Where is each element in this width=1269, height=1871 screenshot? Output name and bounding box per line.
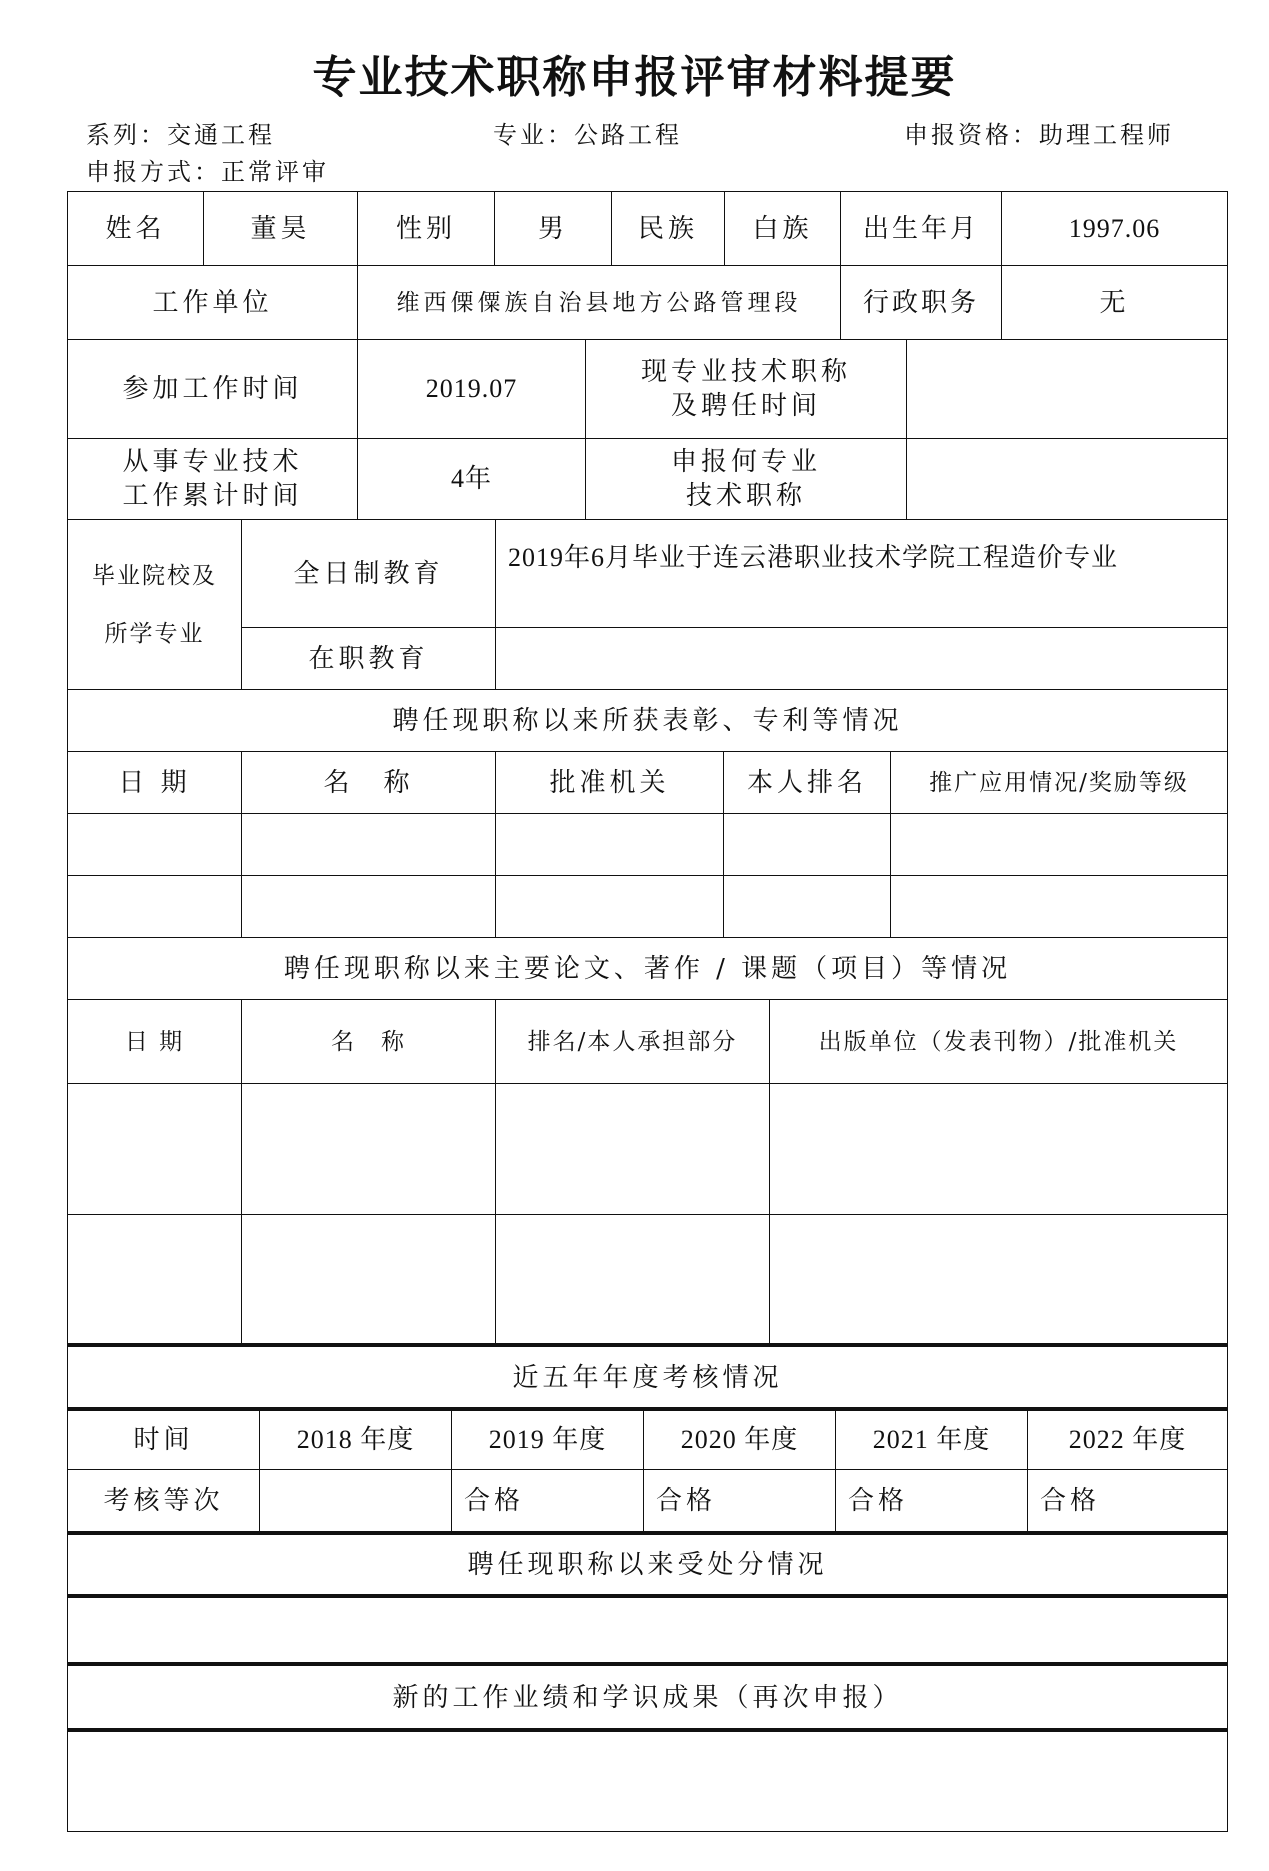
ethnicity-value[interactable]: 白族 bbox=[724, 191, 841, 266]
assessment-time-label: 时间 bbox=[67, 1407, 260, 1470]
series-label: 系列：交通工程 bbox=[86, 120, 275, 150]
assessment-grade-2019[interactable]: 合格 bbox=[451, 1469, 644, 1533]
fulltime-education-value[interactable]: 2019年6月毕业于连云港职业技术学院工程造价专业 bbox=[495, 519, 1228, 628]
papers-row-2-publisher[interactable] bbox=[769, 1214, 1228, 1345]
papers-row-1-date[interactable] bbox=[67, 1083, 242, 1215]
assessment-year-2018: 2018 年度 bbox=[259, 1407, 452, 1470]
education-label-line1: 毕业院校及 bbox=[92, 547, 217, 605]
tech-years-value[interactable]: 4年 bbox=[357, 438, 586, 520]
current-title-label-line2: 及聘任时间 bbox=[671, 389, 821, 423]
awards-col-application: 推广应用情况/奖励等级 bbox=[890, 751, 1228, 814]
awards-row-2-rank[interactable] bbox=[723, 875, 891, 938]
gender-value[interactable]: 男 bbox=[494, 191, 612, 266]
awards-row-1-date[interactable] bbox=[67, 813, 242, 876]
tech-years-label: 从事专业技术 工作累计时间 bbox=[67, 438, 358, 520]
awards-row-1-application[interactable] bbox=[890, 813, 1228, 876]
name-label: 姓名 bbox=[67, 191, 204, 266]
assessment-grade-2021[interactable]: 合格 bbox=[835, 1469, 1028, 1533]
admin-post-value[interactable]: 无 bbox=[1001, 265, 1228, 340]
education-label: 毕业院校及 所学专业 bbox=[67, 519, 242, 690]
tech-years-label-line2: 工作累计时间 bbox=[122, 479, 302, 513]
birth-value[interactable]: 1997.06 bbox=[1001, 191, 1228, 266]
tech-years-label-line1: 从事专业技术 bbox=[122, 445, 302, 479]
awards-row-2-authority[interactable] bbox=[495, 875, 724, 938]
assessment-year-2022: 2022 年度 bbox=[1027, 1407, 1228, 1470]
awards-row-1-authority[interactable] bbox=[495, 813, 724, 876]
fulltime-education-label: 全日制教育 bbox=[241, 519, 496, 628]
assessment-grade-2022[interactable]: 合格 bbox=[1027, 1469, 1228, 1533]
parttime-education-value[interactable] bbox=[495, 627, 1228, 690]
papers-col-rank: 排名/本人承担部分 bbox=[495, 999, 770, 1084]
assessment-year-2019: 2019 年度 bbox=[451, 1407, 644, 1470]
awards-row-1-rank[interactable] bbox=[723, 813, 891, 876]
major-label: 专业：公路工程 bbox=[493, 120, 682, 150]
awards-row-2-application[interactable] bbox=[890, 875, 1228, 938]
name-value[interactable]: 董昊 bbox=[203, 191, 358, 266]
awards-heading: 聘任现职称以来所获表彰、专利等情况 bbox=[67, 689, 1228, 752]
apply-title-label-line2: 技术职称 bbox=[686, 479, 806, 513]
assessment-grade-2020[interactable]: 合格 bbox=[643, 1469, 836, 1533]
admin-post-label: 行政职务 bbox=[840, 265, 1002, 340]
assessment-year-2021: 2021 年度 bbox=[835, 1407, 1028, 1470]
assessment-grade-2018[interactable] bbox=[259, 1469, 452, 1533]
papers-row-1-name[interactable] bbox=[241, 1083, 496, 1215]
punishment-heading: 聘任现职称以来受处分情况 bbox=[67, 1531, 1228, 1596]
papers-heading: 聘任现职称以来主要论文、著作 / 课题（项目）等情况 bbox=[67, 937, 1228, 1000]
papers-col-publisher: 出版单位（发表刊物）/批准机关 bbox=[769, 999, 1228, 1084]
work-start-label: 参加工作时间 bbox=[67, 339, 358, 439]
qualification-label: 申报资格：助理工程师 bbox=[904, 120, 1174, 150]
document-title: 专业技术职称申报评审材料提要 bbox=[0, 48, 1269, 108]
current-title-label-line1: 现专业技术职称 bbox=[641, 355, 851, 389]
papers-row-1-rank[interactable] bbox=[495, 1083, 770, 1215]
awards-row-2-name[interactable] bbox=[241, 875, 496, 938]
papers-col-name: 名 称 bbox=[241, 999, 496, 1084]
gender-label: 性别 bbox=[357, 191, 495, 266]
new-achievements-heading: 新的工作业绩和学识成果（再次申报） bbox=[67, 1662, 1228, 1730]
new-achievements-content[interactable] bbox=[67, 1728, 1228, 1832]
apply-title-label-line1: 申报何专业 bbox=[671, 445, 821, 479]
awards-col-authority: 批准机关 bbox=[495, 751, 724, 814]
ethnicity-label: 民族 bbox=[611, 191, 725, 266]
awards-row-1-name[interactable] bbox=[241, 813, 496, 876]
awards-col-rank: 本人排名 bbox=[723, 751, 891, 814]
apply-title-label: 申报何专业 技术职称 bbox=[585, 438, 907, 520]
parttime-education-label: 在职教育 bbox=[241, 627, 496, 690]
employer-label: 工作单位 bbox=[67, 265, 358, 340]
awards-col-name: 名 称 bbox=[241, 751, 496, 814]
assessment-year-2020: 2020 年度 bbox=[643, 1407, 836, 1470]
current-title-value[interactable] bbox=[906, 339, 1228, 439]
assessment-grade-label: 考核等次 bbox=[67, 1469, 260, 1533]
apply-title-value[interactable] bbox=[906, 438, 1228, 520]
papers-row-1-publisher[interactable] bbox=[769, 1083, 1228, 1215]
punishment-content[interactable] bbox=[67, 1594, 1228, 1664]
current-title-label: 现专业技术职称 及聘任时间 bbox=[585, 339, 907, 439]
awards-row-2-date[interactable] bbox=[67, 875, 242, 938]
assessment-heading: 近五年年度考核情况 bbox=[67, 1343, 1228, 1409]
awards-col-date: 日 期 bbox=[67, 751, 242, 814]
work-start-value[interactable]: 2019.07 bbox=[357, 339, 586, 439]
papers-row-2-rank[interactable] bbox=[495, 1214, 770, 1345]
papers-row-2-name[interactable] bbox=[241, 1214, 496, 1345]
education-label-line2: 所学专业 bbox=[105, 605, 205, 663]
papers-col-date: 日 期 bbox=[67, 999, 242, 1084]
birth-label: 出生年月 bbox=[840, 191, 1002, 266]
papers-row-2-date[interactable] bbox=[67, 1214, 242, 1345]
method-label: 申报方式：正常评审 bbox=[86, 157, 329, 187]
employer-value[interactable]: 维西傈僳族自治县地方公路管理段 bbox=[357, 265, 841, 340]
